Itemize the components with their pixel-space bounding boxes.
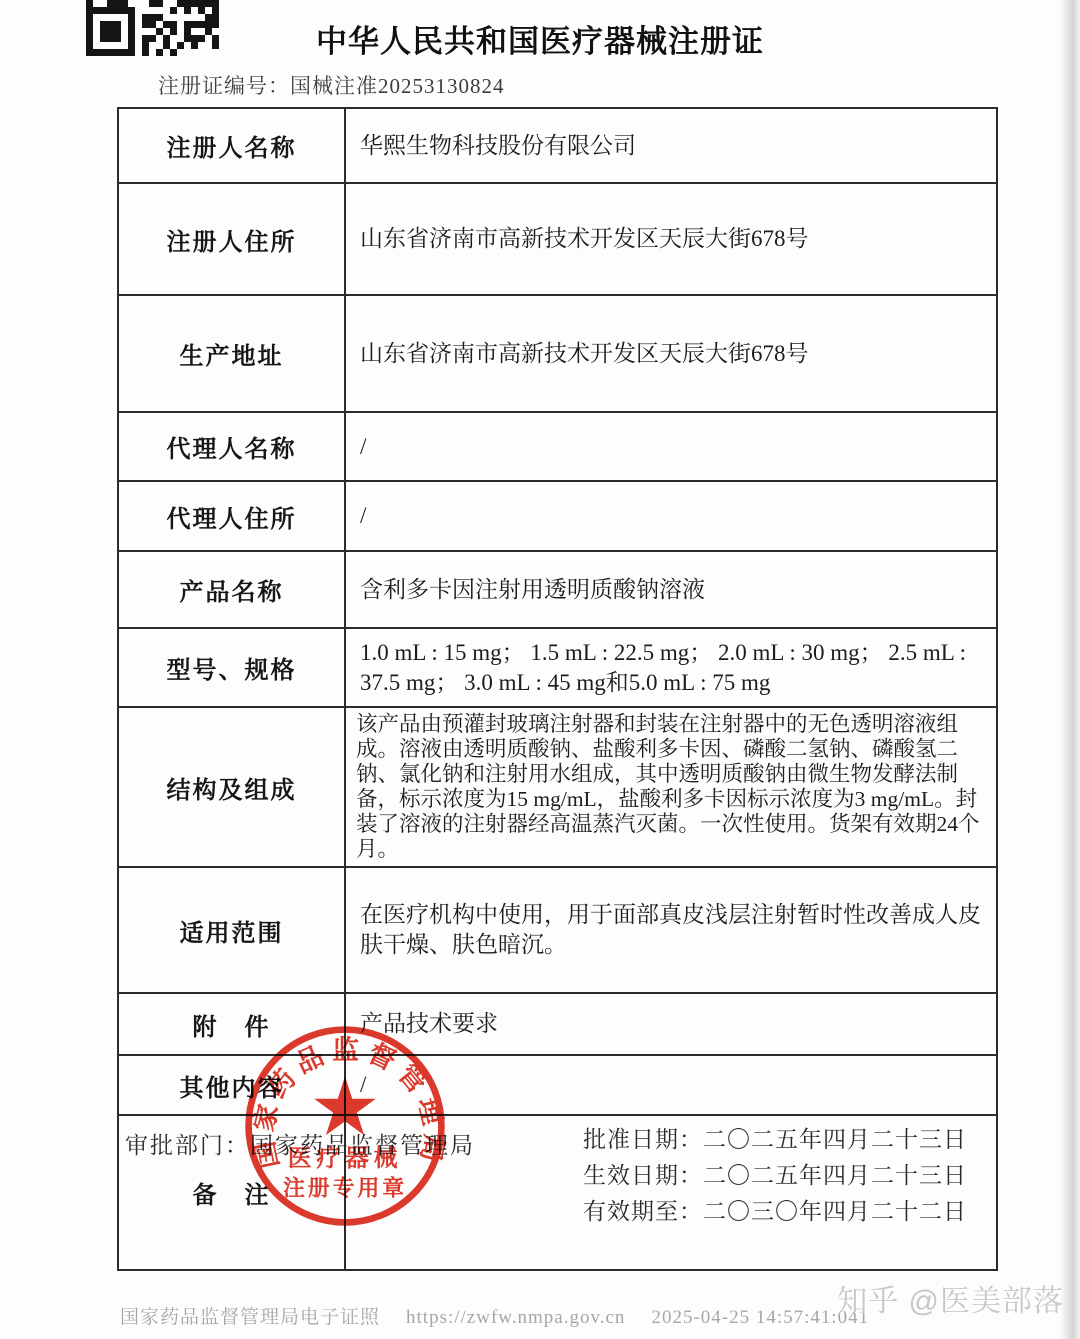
table-row: 产品名称含利多卡因注射用透明质酸钠溶液 (118, 551, 997, 628)
table-row: 注册人名称华熙生物科技股份有限公司 (118, 108, 997, 183)
table-row: 结构及组成该产品由预灌封玻璃注射器和封装在注射器中的无色透明溶液组成。溶液由透明… (118, 707, 997, 867)
effective-date-label: 生效日期： (583, 1163, 703, 1188)
watermark: 知乎 @医美部落 (837, 1276, 1064, 1320)
effective-date-value: 二〇二五年四月二十三日 (703, 1163, 967, 1188)
registration-number-label: 注册证编号： (158, 74, 290, 98)
registration-number: 注册证编号：国械注准20253130824 (158, 70, 505, 100)
footer-url: https://zwfw.nmpa.gov.cn (406, 1307, 625, 1328)
row-value: 该产品由预灌封玻璃注射器和封装在注射器中的无色透明溶液组成。溶液由透明质酸钠、盐… (345, 707, 997, 867)
electronic-certificate-footer: 国家药品监督管理局电子证照https://zwfw.nmpa.gov.cn202… (120, 1302, 895, 1329)
table-row: 型号、规格1.0 mL : 15 mg； 1.5 mL : 22.5 mg； 2… (118, 628, 997, 707)
row-value: 含利多卡因注射用透明质酸钠溶液 (345, 551, 997, 628)
seal-line2: 注册专用章 (283, 1176, 407, 1201)
table-row: 适用范围在医疗机构中使用，用于面部真皮浅层注射暂时性改善成人皮肤干燥、肤色暗沉。 (118, 867, 997, 993)
effective-date: 生效日期：二〇二五年四月二十三日 (583, 1158, 967, 1194)
table-row: 代理人名称/ (118, 412, 997, 481)
table-row: 注册人住所山东省济南市高新技术开发区天辰大街678号 (118, 183, 997, 295)
row-value: 山东省济南市高新技术开发区天辰大街678号 (345, 295, 997, 412)
approval-date-value: 二〇二五年四月二十三日 (703, 1127, 967, 1152)
row-label: 生产地址 (118, 295, 345, 412)
row-label: 产品名称 (118, 551, 345, 628)
registration-number-value: 国械注准20253130824 (290, 74, 505, 98)
table-row: 生产地址山东省济南市高新技术开发区天辰大街678号 (118, 295, 997, 412)
date-block: 批准日期：二〇二五年四月二十三日 生效日期：二〇二五年四月二十三日 有效期至：二… (583, 1122, 967, 1230)
approval-department-label: 审批部门： (125, 1133, 250, 1158)
row-label: 适用范围 (118, 867, 345, 993)
row-label: 结构及组成 (118, 707, 345, 867)
official-seal: 国家药品监督管理局 医疗器械 注册专用章 (240, 1021, 450, 1231)
approval-date: 批准日期：二〇二五年四月二十三日 (583, 1122, 967, 1158)
row-label: 注册人住所 (118, 183, 345, 295)
certificate-page: 中华人民共和国医疗器械注册证 注册证编号：国械注准20253130824 注册人… (0, 0, 1080, 1339)
seal-line1: 医疗器械 (288, 1145, 403, 1172)
star-icon (314, 1076, 376, 1135)
row-label: 代理人名称 (118, 412, 345, 481)
expiry-date-label: 有效期至： (583, 1199, 703, 1224)
row-value: / (345, 481, 997, 551)
row-value: 山东省济南市高新技术开发区天辰大街678号 (345, 183, 997, 295)
page-title: 中华人民共和国医疗器械注册证 (0, 16, 1080, 61)
row-value: / (345, 412, 997, 481)
row-value: 在医疗机构中使用，用于面部真皮浅层注射暂时性改善成人皮肤干燥、肤色暗沉。 (345, 867, 997, 993)
approval-date-label: 批准日期： (583, 1127, 703, 1152)
expiry-date: 有效期至：二〇三〇年四月二十二日 (583, 1194, 967, 1230)
page-edge-shadow (1060, 0, 1080, 1339)
row-label: 注册人名称 (118, 108, 345, 183)
row-value: 1.0 mL : 15 mg； 1.5 mL : 22.5 mg； 2.0 mL… (345, 628, 997, 707)
row-value: 华熙生物科技股份有限公司 (345, 108, 997, 183)
expiry-date-value: 二〇三〇年四月二十二日 (703, 1199, 967, 1224)
row-label: 代理人住所 (118, 481, 345, 551)
row-label: 型号、规格 (118, 628, 345, 707)
table-row: 代理人住所/ (118, 481, 997, 551)
footer-org: 国家药品监督管理局电子证照 (120, 1307, 380, 1328)
